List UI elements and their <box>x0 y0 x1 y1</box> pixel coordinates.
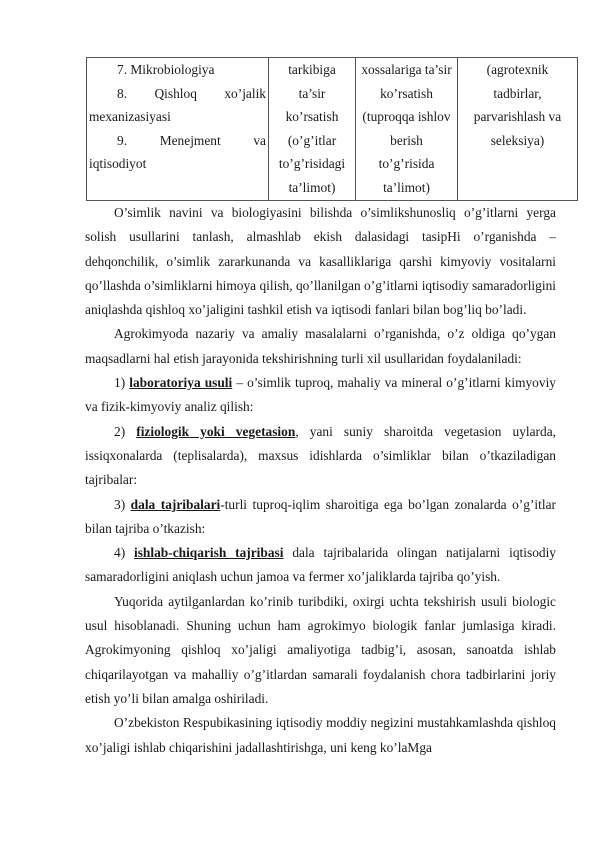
item-number: 1) <box>114 375 129 390</box>
subject-item: 7. Mikrobiologiya <box>89 58 266 82</box>
item-number: 3) <box>114 497 131 512</box>
paragraph-plant-biology: O’simlik navini va biologiyasini bilishd… <box>85 201 556 322</box>
item-number: 2) <box>114 424 136 439</box>
subject-item: 9. Menejment va iqtisodiyot <box>89 129 266 176</box>
cell-line: ta’limot) <box>358 176 455 200</box>
table-cell-effect-fertilizer: tarkibiga ta’sir ko’rsatish (o’g’itlar t… <box>269 58 356 201</box>
cell-line: to’g’risida <box>358 152 455 176</box>
cell-line: ko’rsatish <box>271 105 353 129</box>
paragraph-uzbekistan-economy: O’zbekiston Respubikasining iqtisodiy mo… <box>85 711 556 760</box>
table-cell-subjects: 7. Mikrobiologiya 8. Qishloq xo’jalik me… <box>87 58 269 201</box>
item-number: 4) <box>114 545 134 560</box>
method-term: laboratoriya usuli <box>129 375 232 390</box>
cell-line: tadbirlar, <box>460 82 575 106</box>
cell-line: to’g’risidagi <box>271 152 353 176</box>
subject-item: 8. Qishloq xo’jalik mexanizasiyasi <box>89 82 266 129</box>
cell-line: ko’rsatish <box>358 82 455 106</box>
table-row: 7. Mikrobiologiya 8. Qishloq xo’jalik me… <box>87 58 578 201</box>
method-term: dala tajribalari <box>131 497 221 512</box>
cell-line: seleksiya) <box>460 129 575 153</box>
cell-line: tarkibiga <box>271 58 353 82</box>
paragraph-biological-methods: Yuqorida aytilganlardan ko’rinib turibdi… <box>85 590 556 711</box>
paragraph-research-methods-intro: Agrokimyoda nazariy va amaliy masalalarn… <box>85 322 556 371</box>
table-cell-effect-soil: xossalariga ta’sir ko’rsatish (tuproqqa … <box>356 58 458 201</box>
document-body: O’simlik navini va biologiyasini bilishd… <box>85 201 556 760</box>
cell-line: parvarishlash va <box>460 105 575 129</box>
cell-line: berish <box>358 129 455 153</box>
cell-line: (agrotexnik <box>460 58 575 82</box>
method-item-production: 4) ishlab-chiqarish tajribasi dala tajri… <box>85 541 556 590</box>
method-term: ishlab-chiqarish tajribasi <box>134 545 283 560</box>
method-item-field: 3) dala tajribalari-turli tuproq-iqlim s… <box>85 493 556 542</box>
method-term: fiziologik yoki vegetasion <box>136 424 295 439</box>
method-item-laboratory: 1) laboratoriya usuli – o’simlik tuproq,… <box>85 371 556 420</box>
table-cell-agrotechnical: (agrotexnik tadbirlar, parvarishlash va … <box>458 58 578 201</box>
cell-line: xossalariga ta’sir <box>358 58 455 82</box>
cell-line: ta’limot) <box>271 176 353 200</box>
cell-line: ta’sir <box>271 82 353 106</box>
cell-line: (o’g’itlar <box>271 129 353 153</box>
cell-line: (tuproqqa ishlov <box>358 105 455 129</box>
method-item-vegetation: 2) fiziologik yoki vegetasion, yani suni… <box>85 420 556 493</box>
subjects-table: 7. Mikrobiologiya 8. Qishloq xo’jalik me… <box>86 57 578 201</box>
